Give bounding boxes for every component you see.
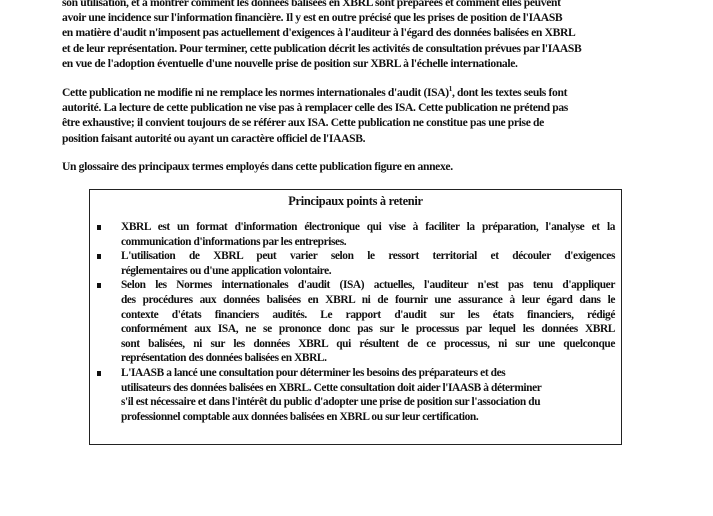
- list-item: XBRL est un format d'information électro…: [90, 220, 621, 249]
- text-line: des procédures aux données balisées en X…: [121, 293, 615, 308]
- text-line: et de leur représentation. Pour terminer…: [62, 41, 646, 56]
- text-line: Selon les Normes internationales d'audit…: [121, 278, 615, 293]
- text-line: en vue de l'adoption éventuelle d'une no…: [62, 56, 646, 71]
- text-line: position faisant autorité ou ayant un ca…: [62, 131, 646, 146]
- intro-paragraph: son utilisation, et à montrer comment le…: [62, 0, 646, 71]
- text-line: avoir une incidence sur l'information fi…: [62, 10, 646, 25]
- square-bullet-icon: [97, 225, 101, 230]
- square-bullet-icon: [97, 371, 101, 376]
- text-line: s'il est nécessaire et dans l'intérêt du…: [121, 395, 615, 410]
- key-points-box: Principaux points à retenir XBRL est un …: [89, 189, 622, 445]
- list-item: Selon les Normes internationales d'audit…: [90, 278, 621, 366]
- text-line: Cette publication ne modifie ni ne rempl…: [62, 85, 646, 100]
- isa-paragraph: Cette publication ne modifie ni ne rempl…: [62, 85, 646, 146]
- text-line: autorité. La lecture de cette publicatio…: [62, 100, 646, 115]
- text-segment: , dont les textes seuls font: [452, 86, 567, 99]
- text-line: communication d'informations par les ent…: [121, 235, 615, 250]
- text-line: en matière d'audit n'imposent pas actuel…: [62, 25, 646, 40]
- text-line: être exhaustive; il convient toujours de…: [62, 115, 646, 130]
- text-line: contexte d'états financiers audités. Le …: [121, 308, 615, 323]
- list-item: L'utilisation de XBRL peut varier selon …: [90, 249, 621, 278]
- text-line: professionnel comptable aux données bali…: [121, 410, 615, 425]
- text-line: L'IAASB a lancé une consultation pour dé…: [121, 366, 615, 381]
- text-line: conformément aux ISA, ne se prononce don…: [121, 322, 615, 337]
- text-line: son utilisation, et à montrer comment le…: [62, 0, 646, 10]
- text-segment: Cette publication ne modifie ni ne rempl…: [62, 86, 449, 99]
- text-line: réglementaires ou d'une application volo…: [121, 264, 615, 279]
- glossary-paragraph: Un glossaire des principaux termes emplo…: [62, 159, 646, 174]
- text-line: représentation des données balisées en X…: [121, 351, 615, 366]
- document-page: son utilisation, et à montrer comment le…: [0, 0, 713, 516]
- key-points-list: XBRL est un format d'information électro…: [90, 220, 621, 424]
- text-line: sont balisées, ni sur les données XBRL q…: [121, 337, 615, 352]
- list-item: L'IAASB a lancé une consultation pour dé…: [90, 366, 621, 424]
- text-line: utilisateurs des données balisées en XBR…: [121, 381, 615, 396]
- square-bullet-icon: [97, 283, 101, 288]
- square-bullet-icon: [97, 254, 101, 259]
- text-line: Un glossaire des principaux termes emplo…: [62, 159, 646, 174]
- text-line: XBRL est un format d'information électro…: [121, 220, 615, 235]
- key-points-title: Principaux points à retenir: [90, 194, 621, 209]
- text-line: L'utilisation de XBRL peut varier selon …: [121, 249, 615, 264]
